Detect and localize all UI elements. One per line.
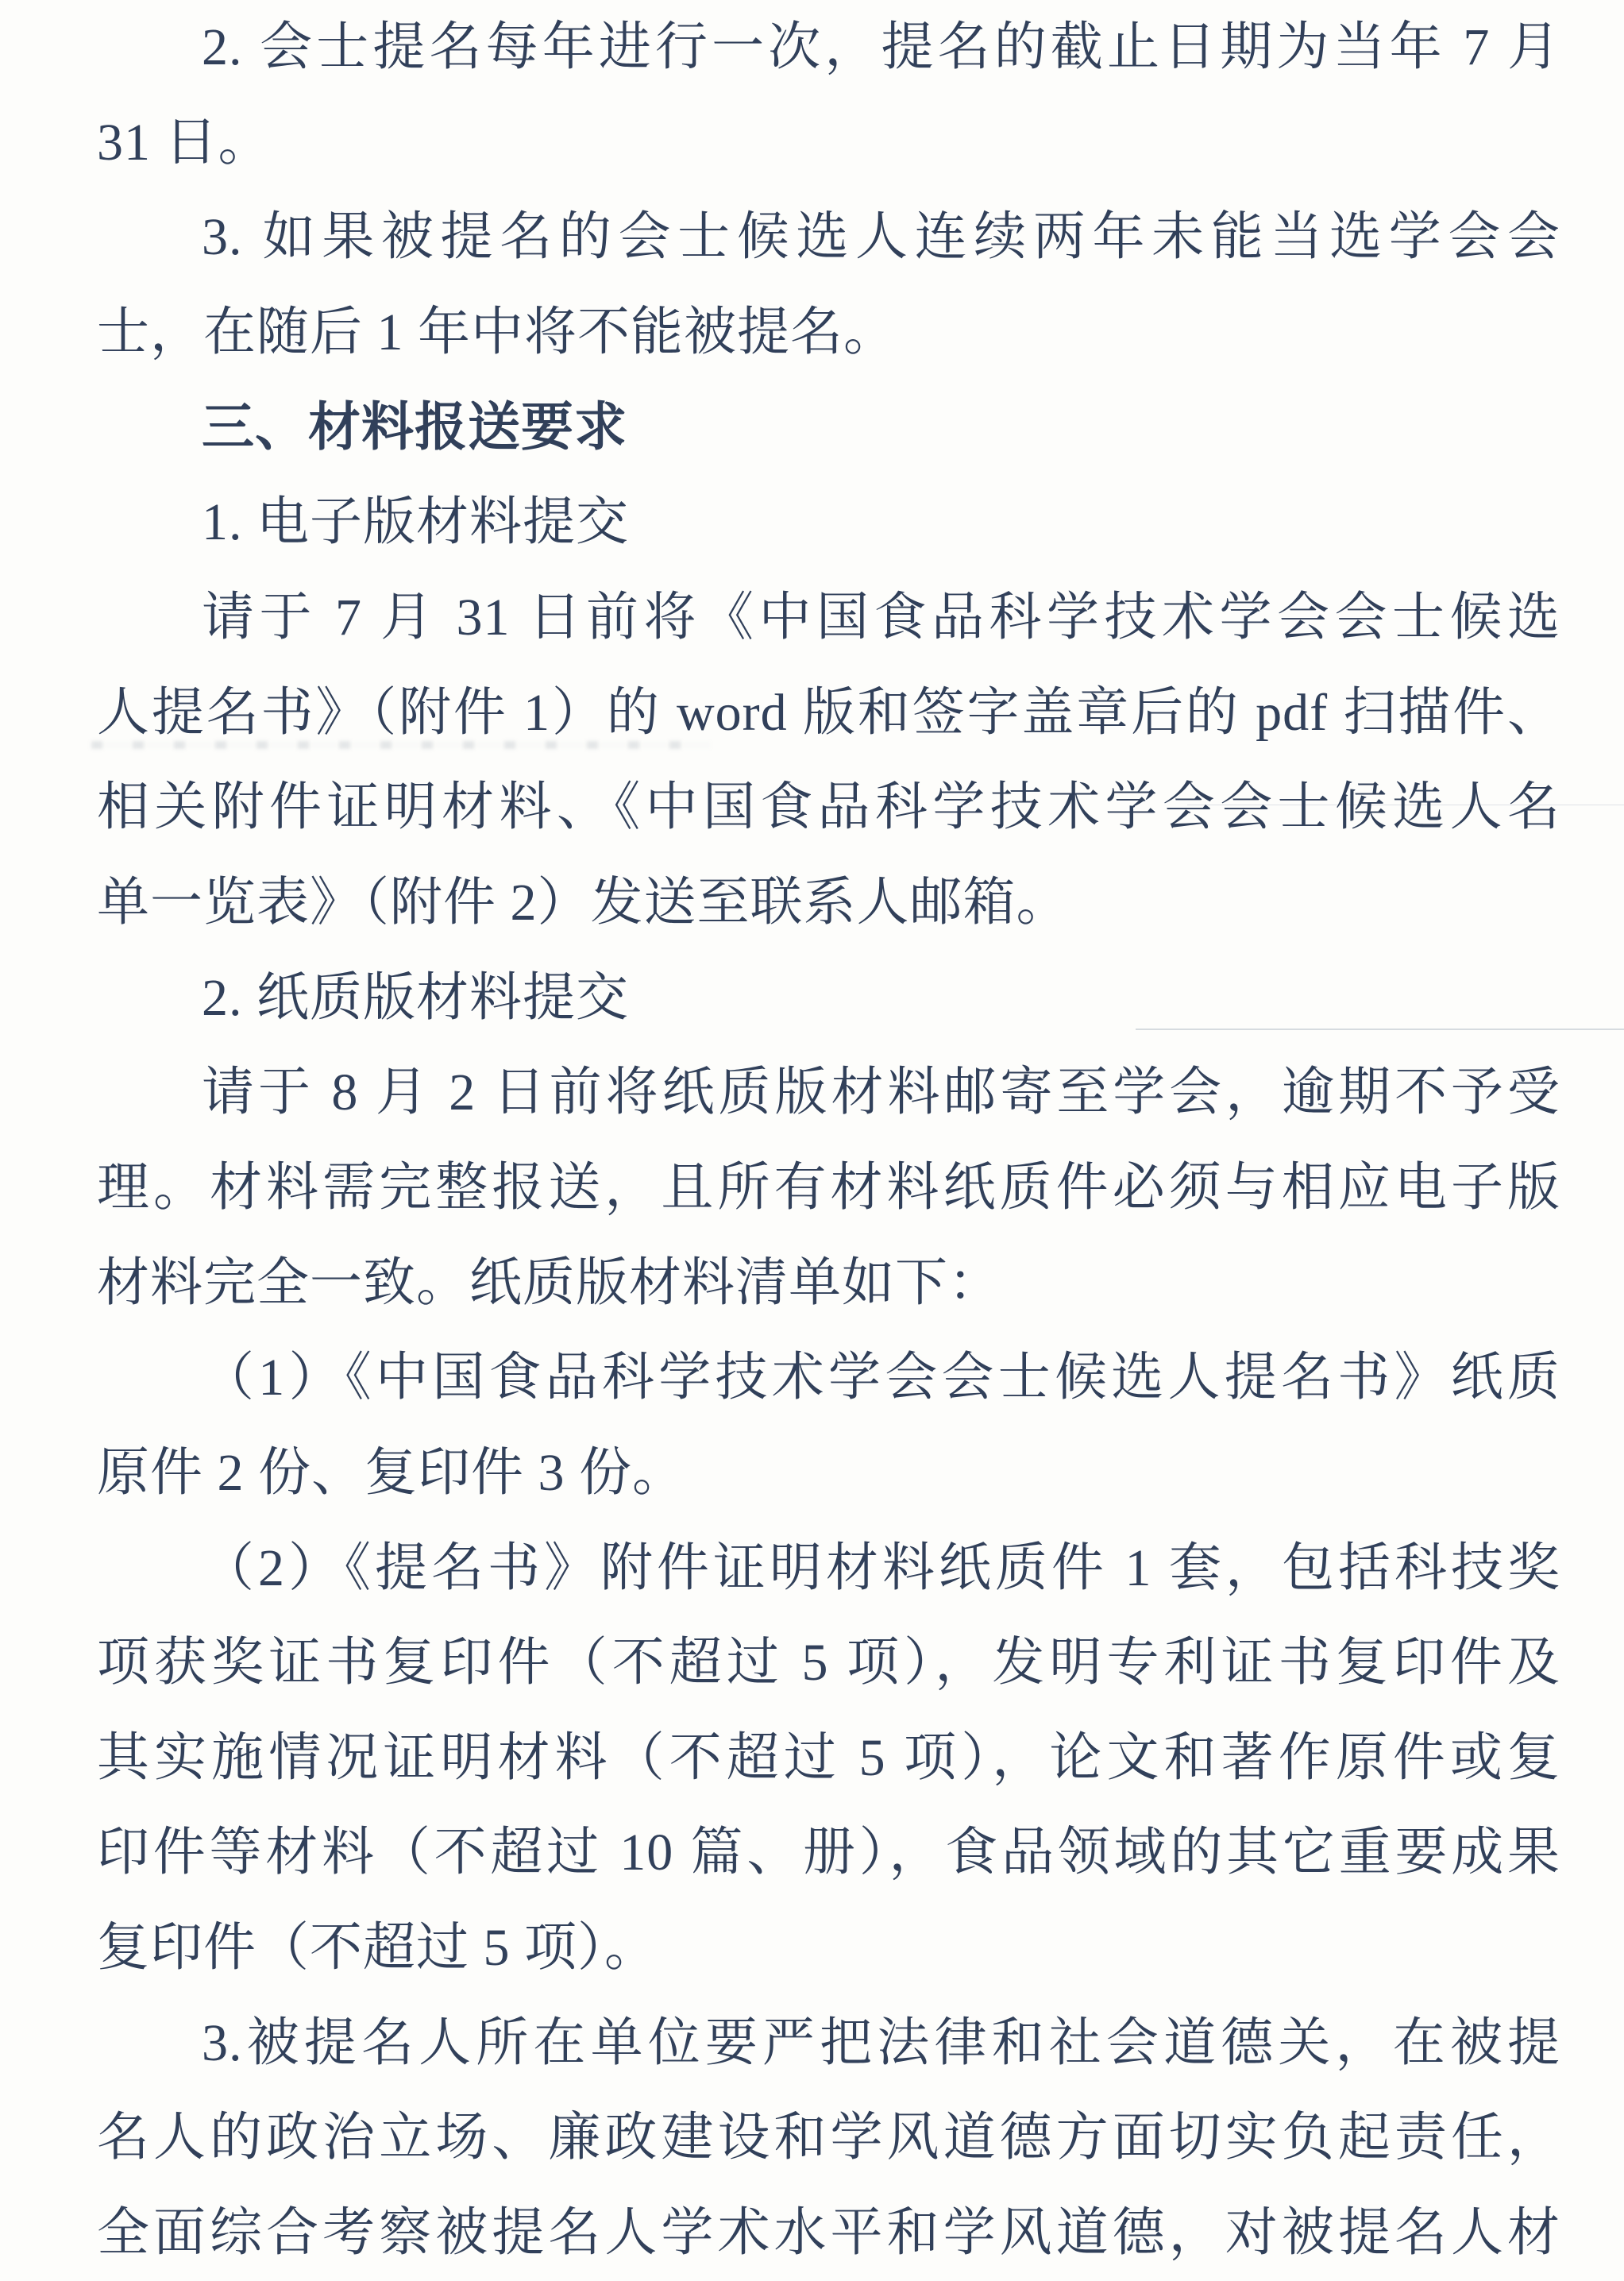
text-line: 相关附件证明材料、《中国食品科学技术学会会士候选人名 xyxy=(97,760,1560,855)
text-line: 请于 7 月 31 日前将《中国食品科学技术学会会士候选 xyxy=(97,570,1560,666)
text-line: 项获奖证书复印件（不超过 5 项），发明专利证书复印件及 xyxy=(97,1615,1560,1711)
text-line: 原件 2 份、复印件 3 份。 xyxy=(97,1426,1560,1521)
text-line: 请于 8 月 2 日前将纸质版材料邮寄至学会，逾期不予受 xyxy=(97,1045,1560,1140)
text-line: 3.被提名人所在单位要严把法律和社会道德关，在被提 xyxy=(97,1996,1560,2091)
text-line: 其实施情况证明材料（不超过 5 项），论文和著作原件或复 xyxy=(97,1711,1560,1806)
text-line: 士，在随后 1 年中将不能被提名。 xyxy=(97,285,1560,380)
text-line: （1）《中国食品科学技术学会会士候选人提名书》纸质 xyxy=(97,1330,1560,1426)
text-line: 理。材料需完整报送，且所有材料纸质件必须与相应电子版 xyxy=(97,1140,1560,1236)
text-line: 1. 电子版材料提交 xyxy=(97,475,1560,570)
text-line: 名人的政治立场、廉政建设和学风道德方面切实负起责任， xyxy=(97,2090,1560,2186)
text-line: 复印件（不超过 5 项）。 xyxy=(97,1901,1560,1996)
text-line: 31 日。 xyxy=(97,95,1560,191)
text-line: （2）《提名书》附件证明材料纸质件 1 套，包括科技奖 xyxy=(97,1521,1560,1616)
text-line: 2. 纸质版材料提交 xyxy=(97,951,1560,1046)
text-line: 材料完全一致。纸质版材料清单如下： xyxy=(97,1236,1560,1331)
text-line: 全面综合考察被提名人学术水平和学风道德，对被提名人材 xyxy=(97,2186,1560,2281)
text-line: 人提名书》（附件 1）的 word 版和签字盖章后的 pdf 扫描件、 xyxy=(97,666,1560,761)
document-page: 2. 会士提名每年进行一次，提名的截止日期为当年 7 月31 日。3. 如果被提… xyxy=(0,0,1624,2281)
text-line: 3. 如果被提名的会士候选人连续两年未能当选学会会 xyxy=(97,190,1560,285)
text-line: 单一览表》（附件 2）发送至联系人邮箱。 xyxy=(97,855,1560,951)
text-line: 印件等材料（不超过 10 篇、册），食品领域的其它重要成果 xyxy=(97,1805,1560,1901)
section-heading-line: 三、材料报送要求 xyxy=(97,380,1560,476)
document-body: 2. 会士提名每年进行一次，提名的截止日期为当年 7 月31 日。3. 如果被提… xyxy=(97,0,1560,2281)
text-line: 2. 会士提名每年进行一次，提名的截止日期为当年 7 月 xyxy=(97,0,1560,95)
